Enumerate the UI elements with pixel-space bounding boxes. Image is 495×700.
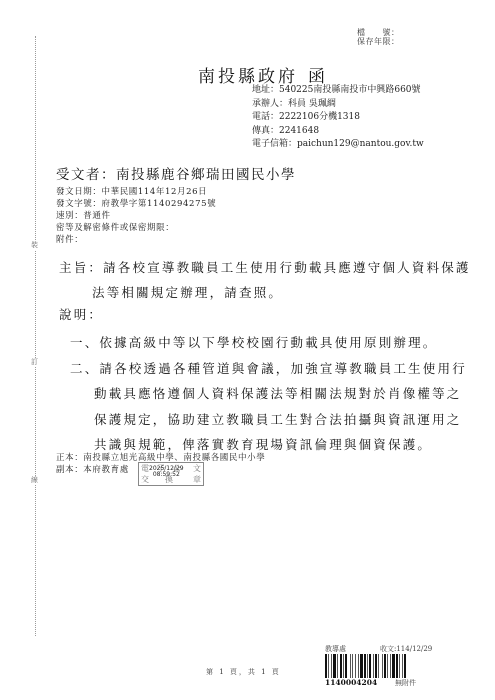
attachment: 附件： [56,234,216,246]
issue-date: 發文日期：中華民國114年12月26日 [56,186,216,198]
barcode-bar [406,654,407,678]
binding-mark-zhuang: 裝 [31,241,38,250]
barcode-dept: 教導處 [325,644,346,654]
explanation-item-2-cont-1: 動載具應恪遵個人資料保護法等相關法規對於肖像權等之 [70,381,467,407]
barcode-bars [325,654,450,678]
address: 地址：540225南投縣南投市中興路660號 [252,84,424,98]
subject-line-2: 法等相關規定辦理，請查照。 [59,280,471,305]
electronic-exchange-seal: 電 子 公 文 交 換 章 2025/12/29 08:59:52 [138,462,204,486]
file-info: 檔 號： 保存年限： [357,28,400,46]
binding-mark-xian: 線 [31,476,38,485]
explanation-item-1: 一、依據高級中等以下學校校園行動載具使用原則辦理。 [70,330,467,356]
binding-line [35,36,36,636]
subject: 主旨：請各校宣導教職員工生使用行動載具應遵守個人資料保護 法等相關規定辦理，請查… [59,255,471,305]
file-number-label: 檔 號： [357,28,400,37]
recipient: 受文者：南投縣鹿谷鄉瑞田國民小學 [56,163,296,183]
explanation-items: 一、依據高級中等以下學校校園行動載具使用原則辦理。 二、請各校透過各種管道與會議… [70,330,467,458]
subject-line-1: 主旨：請各校宣導教職員工生使用行動載具應遵守個人資料保護 [59,260,471,275]
retention-label: 保存年限： [357,37,400,46]
security-level: 密等及解密條件或保密期限： [56,222,216,234]
email: 電子信箱：paichun129@nantou.gov.tw [252,138,424,152]
seal-char: 電 [141,463,149,474]
speed-class: 速別：普通件 [56,210,216,222]
seal-timestamp: 2025/12/29 08:59:52 [149,466,184,478]
handler: 承辦人：科員 吳珮綢 [252,98,424,112]
explanation-label: 說明： [59,305,103,323]
explanation-item-2: 二、請各校透過各種管道與會議，加強宣導教職員工生使用行 [70,356,467,382]
fax: 傳真：2241648 [252,125,424,139]
contact-block: 地址：540225南投縣南投市中興路660號 承辦人：科員 吳珮綢 電話：222… [252,84,424,152]
seal-char: 章 [193,474,201,485]
explanation-item-2-cont-2: 保護規定，協助建立教職員工生對合法拍攝與資訊運用之 [70,407,467,433]
seal-time: 08:59:52 [149,472,184,478]
doc-number: 發文字號：府教學字第1140294275號 [56,198,216,210]
barcode-received-date: 收文:114/12/29 [380,644,432,654]
phone: 電話：2222106分機1318 [252,111,424,125]
receipt-barcode: 教導處 收文:114/12/29 1140004204 無附件 [325,644,450,688]
barcode-attachment-note: 無附件 [395,678,416,688]
seal-char: 文 [193,463,201,474]
page-number: 第 1 頁，共 1 頁 [206,667,281,677]
binding-mark-ding: 訂 [31,358,38,367]
seal-char: 交 [141,474,149,485]
document-meta: 發文日期：中華民國114年12月26日 發文字號：府教學字第1140294275… [56,186,216,246]
barcode-number: 1140004204 [325,678,377,687]
